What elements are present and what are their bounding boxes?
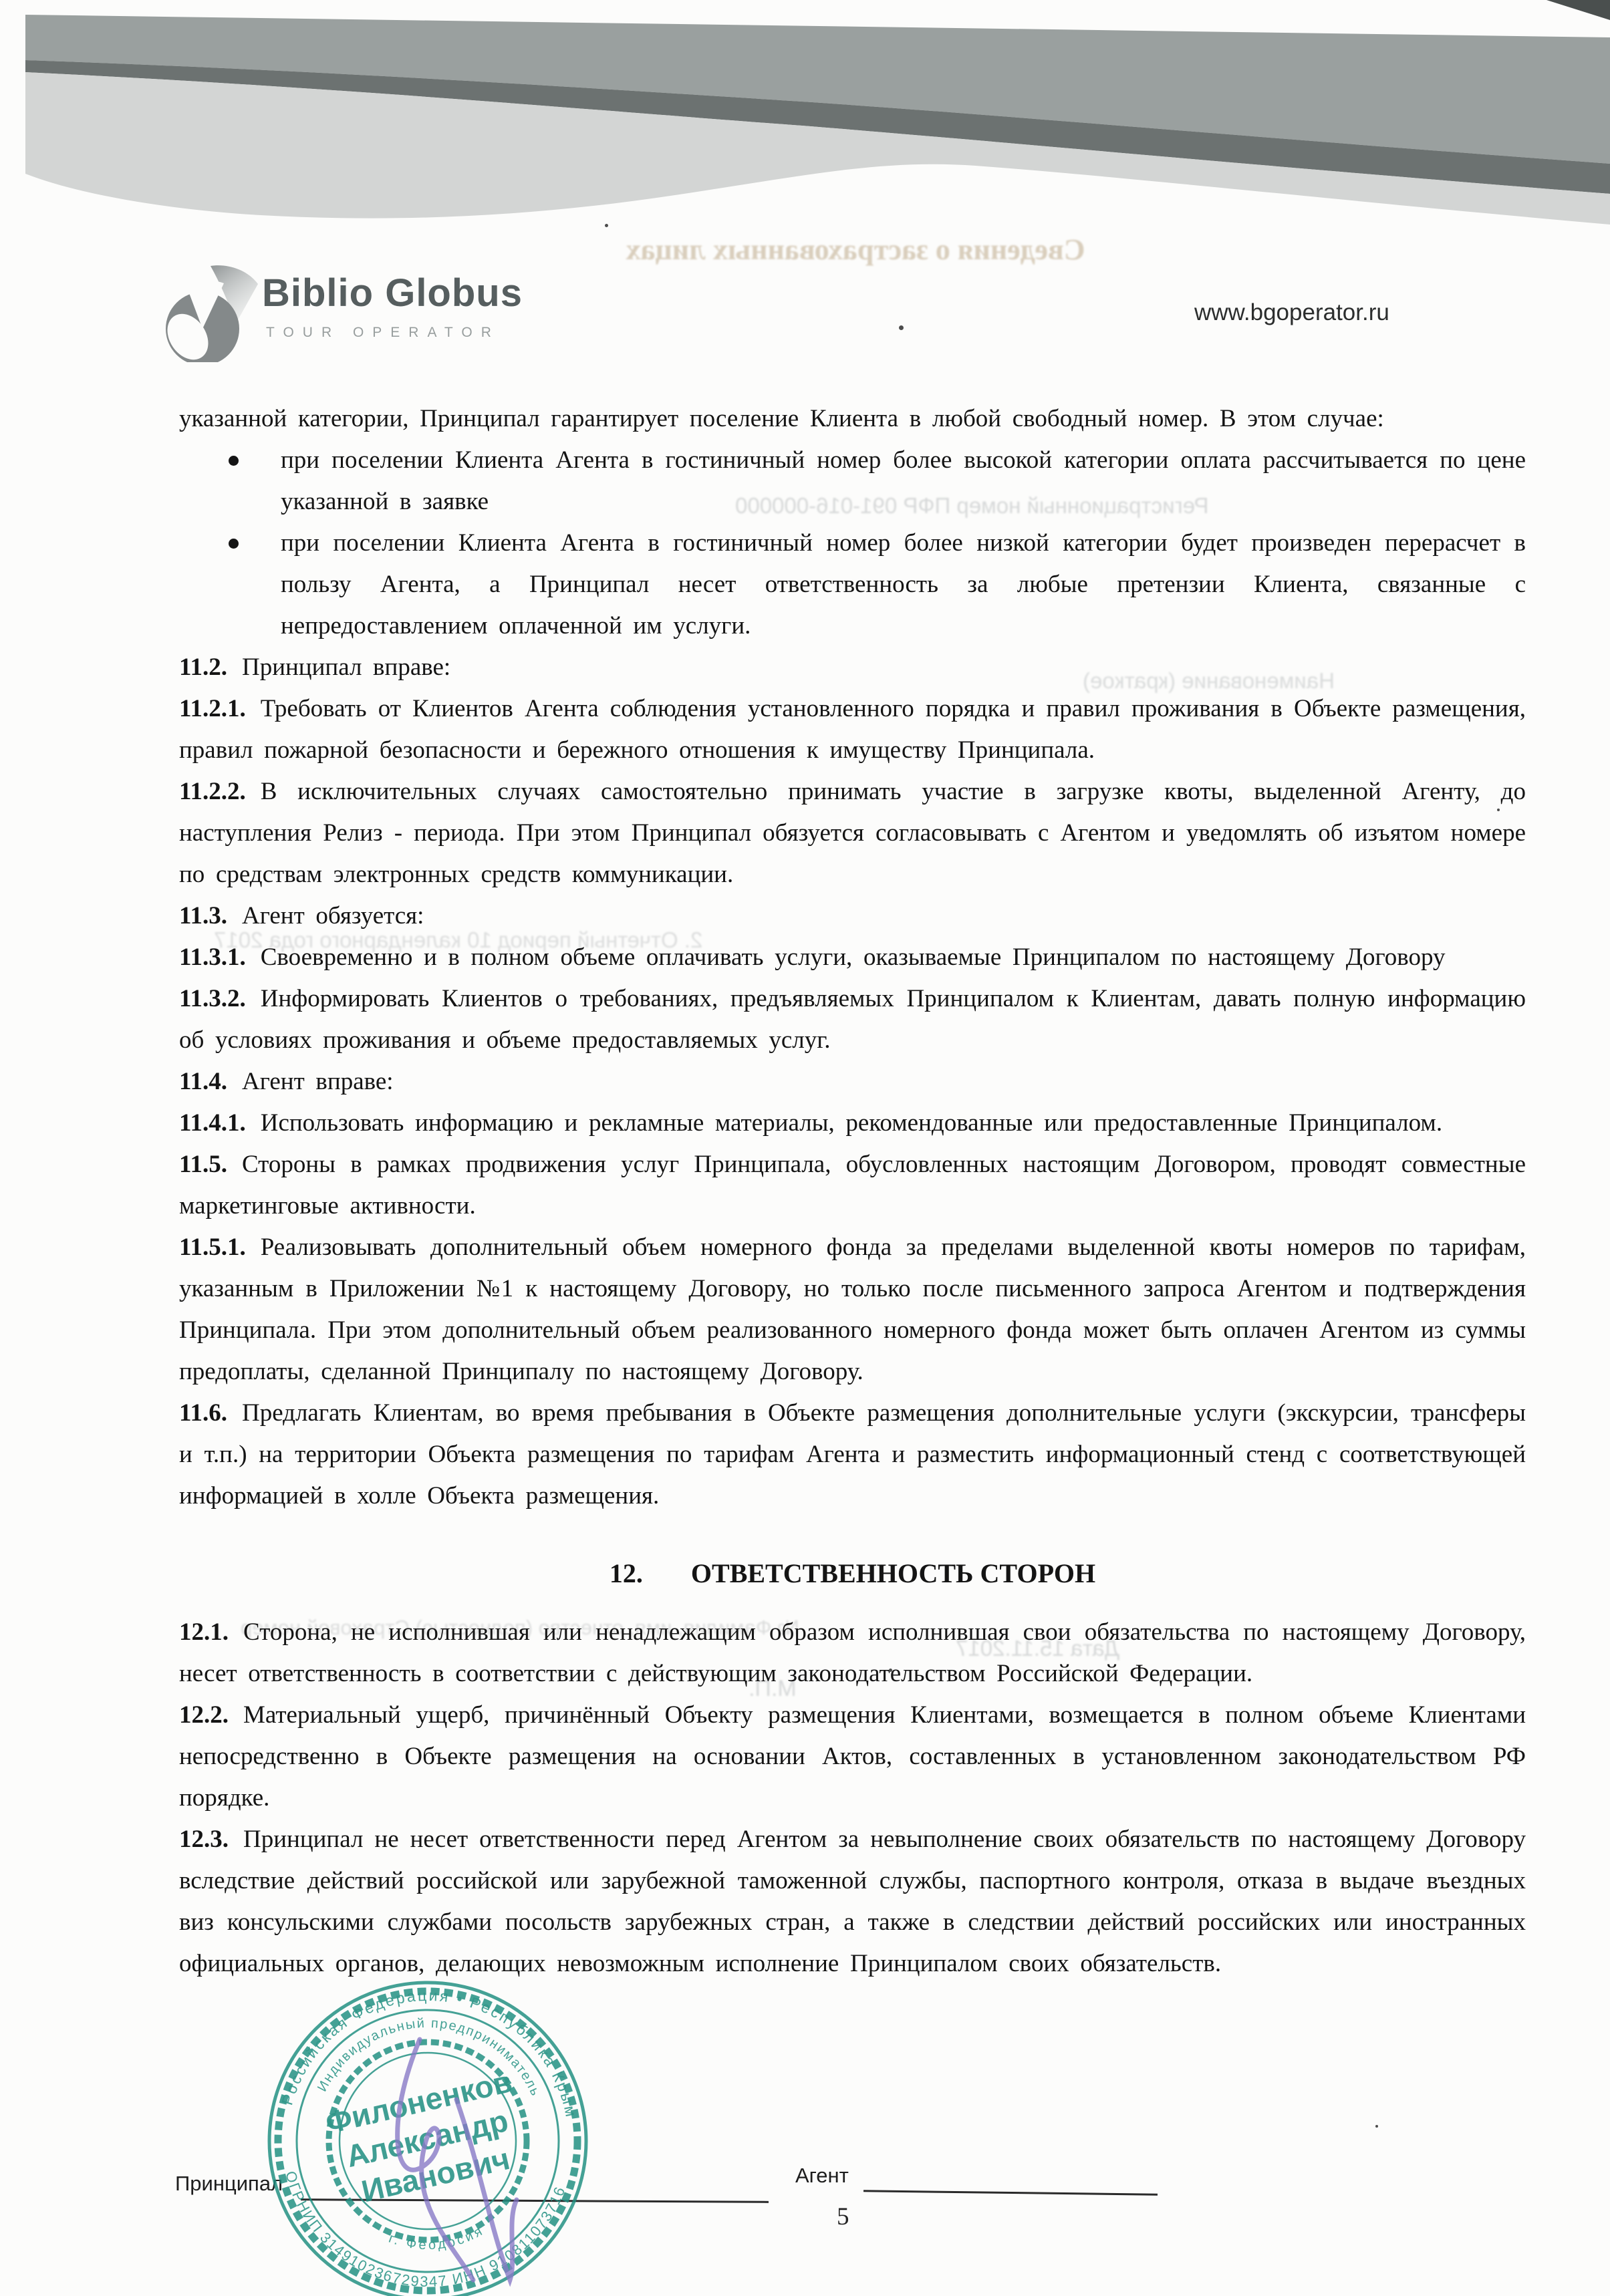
clause-11-4: 11.4.Агент вправе: [179,1061,1526,1103]
clause-text: Предлагать Клиентам, во время пребывания… [179,1399,1526,1510]
clause-number: 11.2.2. [179,778,246,805]
clause-number: 11.4.1. [179,1109,246,1137]
clause-number: 11.3.2. [179,985,246,1012]
clause-text: Использовать информацию и рекламные мате… [261,1109,1442,1137]
clause-11-3-2: 11.3.2.Информировать Клиентов о требован… [179,978,1526,1061]
section-number: 12. [610,1553,643,1594]
agent-signature-label: Агент [795,2164,849,2188]
clause-text: Информировать Клиентов о требованиях, пр… [179,985,1526,1054]
clause-number: 11.4. [179,1068,227,1095]
clause-text: Своевременно и в полном объеме оплачиват… [261,944,1446,971]
principal-stamp: Российская Федерация • Республика Крым О… [253,1966,607,2296]
scan-speck [889,1669,892,1672]
clause-number: 11.2.1. [179,695,246,722]
scanned-contract-page: Biblio Globus TOUR OPERATOR www.bgoperat… [0,0,1610,2296]
clause-11-5: 11.5.Стороны в рамках продвижения услуг … [179,1144,1526,1227]
clause-number: 11.2. [179,654,227,681]
brand-name: Biblio Globus [262,271,523,315]
clause-12-1: 12.1.Сторона, не исполнившая или ненадле… [179,1612,1526,1695]
clause-text: Стороны в рамках продвижения услуг Принц… [179,1151,1526,1219]
clause-12-2: 12.2.Материальный ущерб, причинённый Объ… [179,1695,1526,1819]
clause-text: Принципал не несет ответственности перед… [179,1826,1526,1977]
clause-number: 12.2. [179,1701,229,1729]
clause-text: Сторона, не исполнившая или ненадлежащим… [179,1618,1526,1687]
contract-body: указанной категории, Принципал гарантиру… [179,398,1526,1985]
header-swoosh-banner [0,0,1610,281]
intro-paragraph: указанной категории, Принципал гарантиру… [179,398,1526,440]
clause-11-2: 11.2.Принципал вправе: [179,647,1526,688]
clause-number: 11.5. [179,1151,227,1178]
clause-number: 11.3.1. [179,944,246,971]
clause-number: 11.3. [179,902,227,929]
clause-number: 12.1. [179,1618,229,1646]
clause-text: Принципал вправе: [242,654,450,681]
bullet-list: при поселении Клиента Агента в гостиничн… [179,440,1526,647]
clause-number: 11.6. [179,1399,227,1427]
brand-subtitle: TOUR OPERATOR [266,325,500,341]
clause-text: Реализовывать дополнительный объем номер… [179,1234,1526,1385]
biblio-globus-logo-icon [162,262,263,362]
agent-signature-line [863,2190,1158,2195]
clause-text: Материальный ущерб, причинённый Объекту … [179,1701,1526,1812]
page-number: 5 [837,2202,849,2231]
clause-text: Агент вправе: [242,1068,394,1095]
bullet-item: при поселении Клиента Агента в гостиничн… [179,440,1526,523]
clause-11-6: 11.6.Предлагать Клиентам, во время пребы… [179,1393,1526,1517]
clause-11-2-1: 11.2.1.Требовать от Клиентов Агента собл… [179,688,1526,771]
clause-text: Требовать от Клиентов Агента соблюдения … [179,695,1526,764]
clause-number: 11.5.1. [179,1234,246,1261]
website-url: www.bgoperator.ru [1194,299,1389,326]
section-12-heading: 12. ОТВЕТСТВЕННОСТЬ СТОРОН [179,1553,1526,1594]
clause-text: В исключительных случаях самостоятельно … [179,778,1526,888]
clause-number: 12.3. [179,1826,229,1853]
clause-11-5-1: 11.5.1.Реализовывать дополнительный объе… [179,1227,1526,1393]
scan-speck [605,224,608,227]
clause-text: Агент обязуется: [242,902,424,929]
scan-corner-artifact [1547,0,1610,20]
section-title: ОТВЕТСТВЕННОСТЬ СТОРОН [691,1553,1095,1594]
clause-11-2-2: 11.2.2.В исключительных случаях самостоя… [179,771,1526,895]
scan-speck [899,325,904,330]
clause-11-3: 11.3.Агент обязуется: [179,895,1526,937]
scan-speck [1375,2125,1378,2128]
clause-11-3-1: 11.3.1.Своевременно и в полном объеме оп… [179,937,1526,978]
clause-11-4-1: 11.4.1.Использовать информацию и рекламн… [179,1103,1526,1144]
clause-12-3: 12.3.Принципал не несет ответственности … [179,1819,1526,1985]
scan-speck [1497,809,1500,811]
bullet-item: при поселении Клиента Агента в гостиничн… [179,523,1526,647]
